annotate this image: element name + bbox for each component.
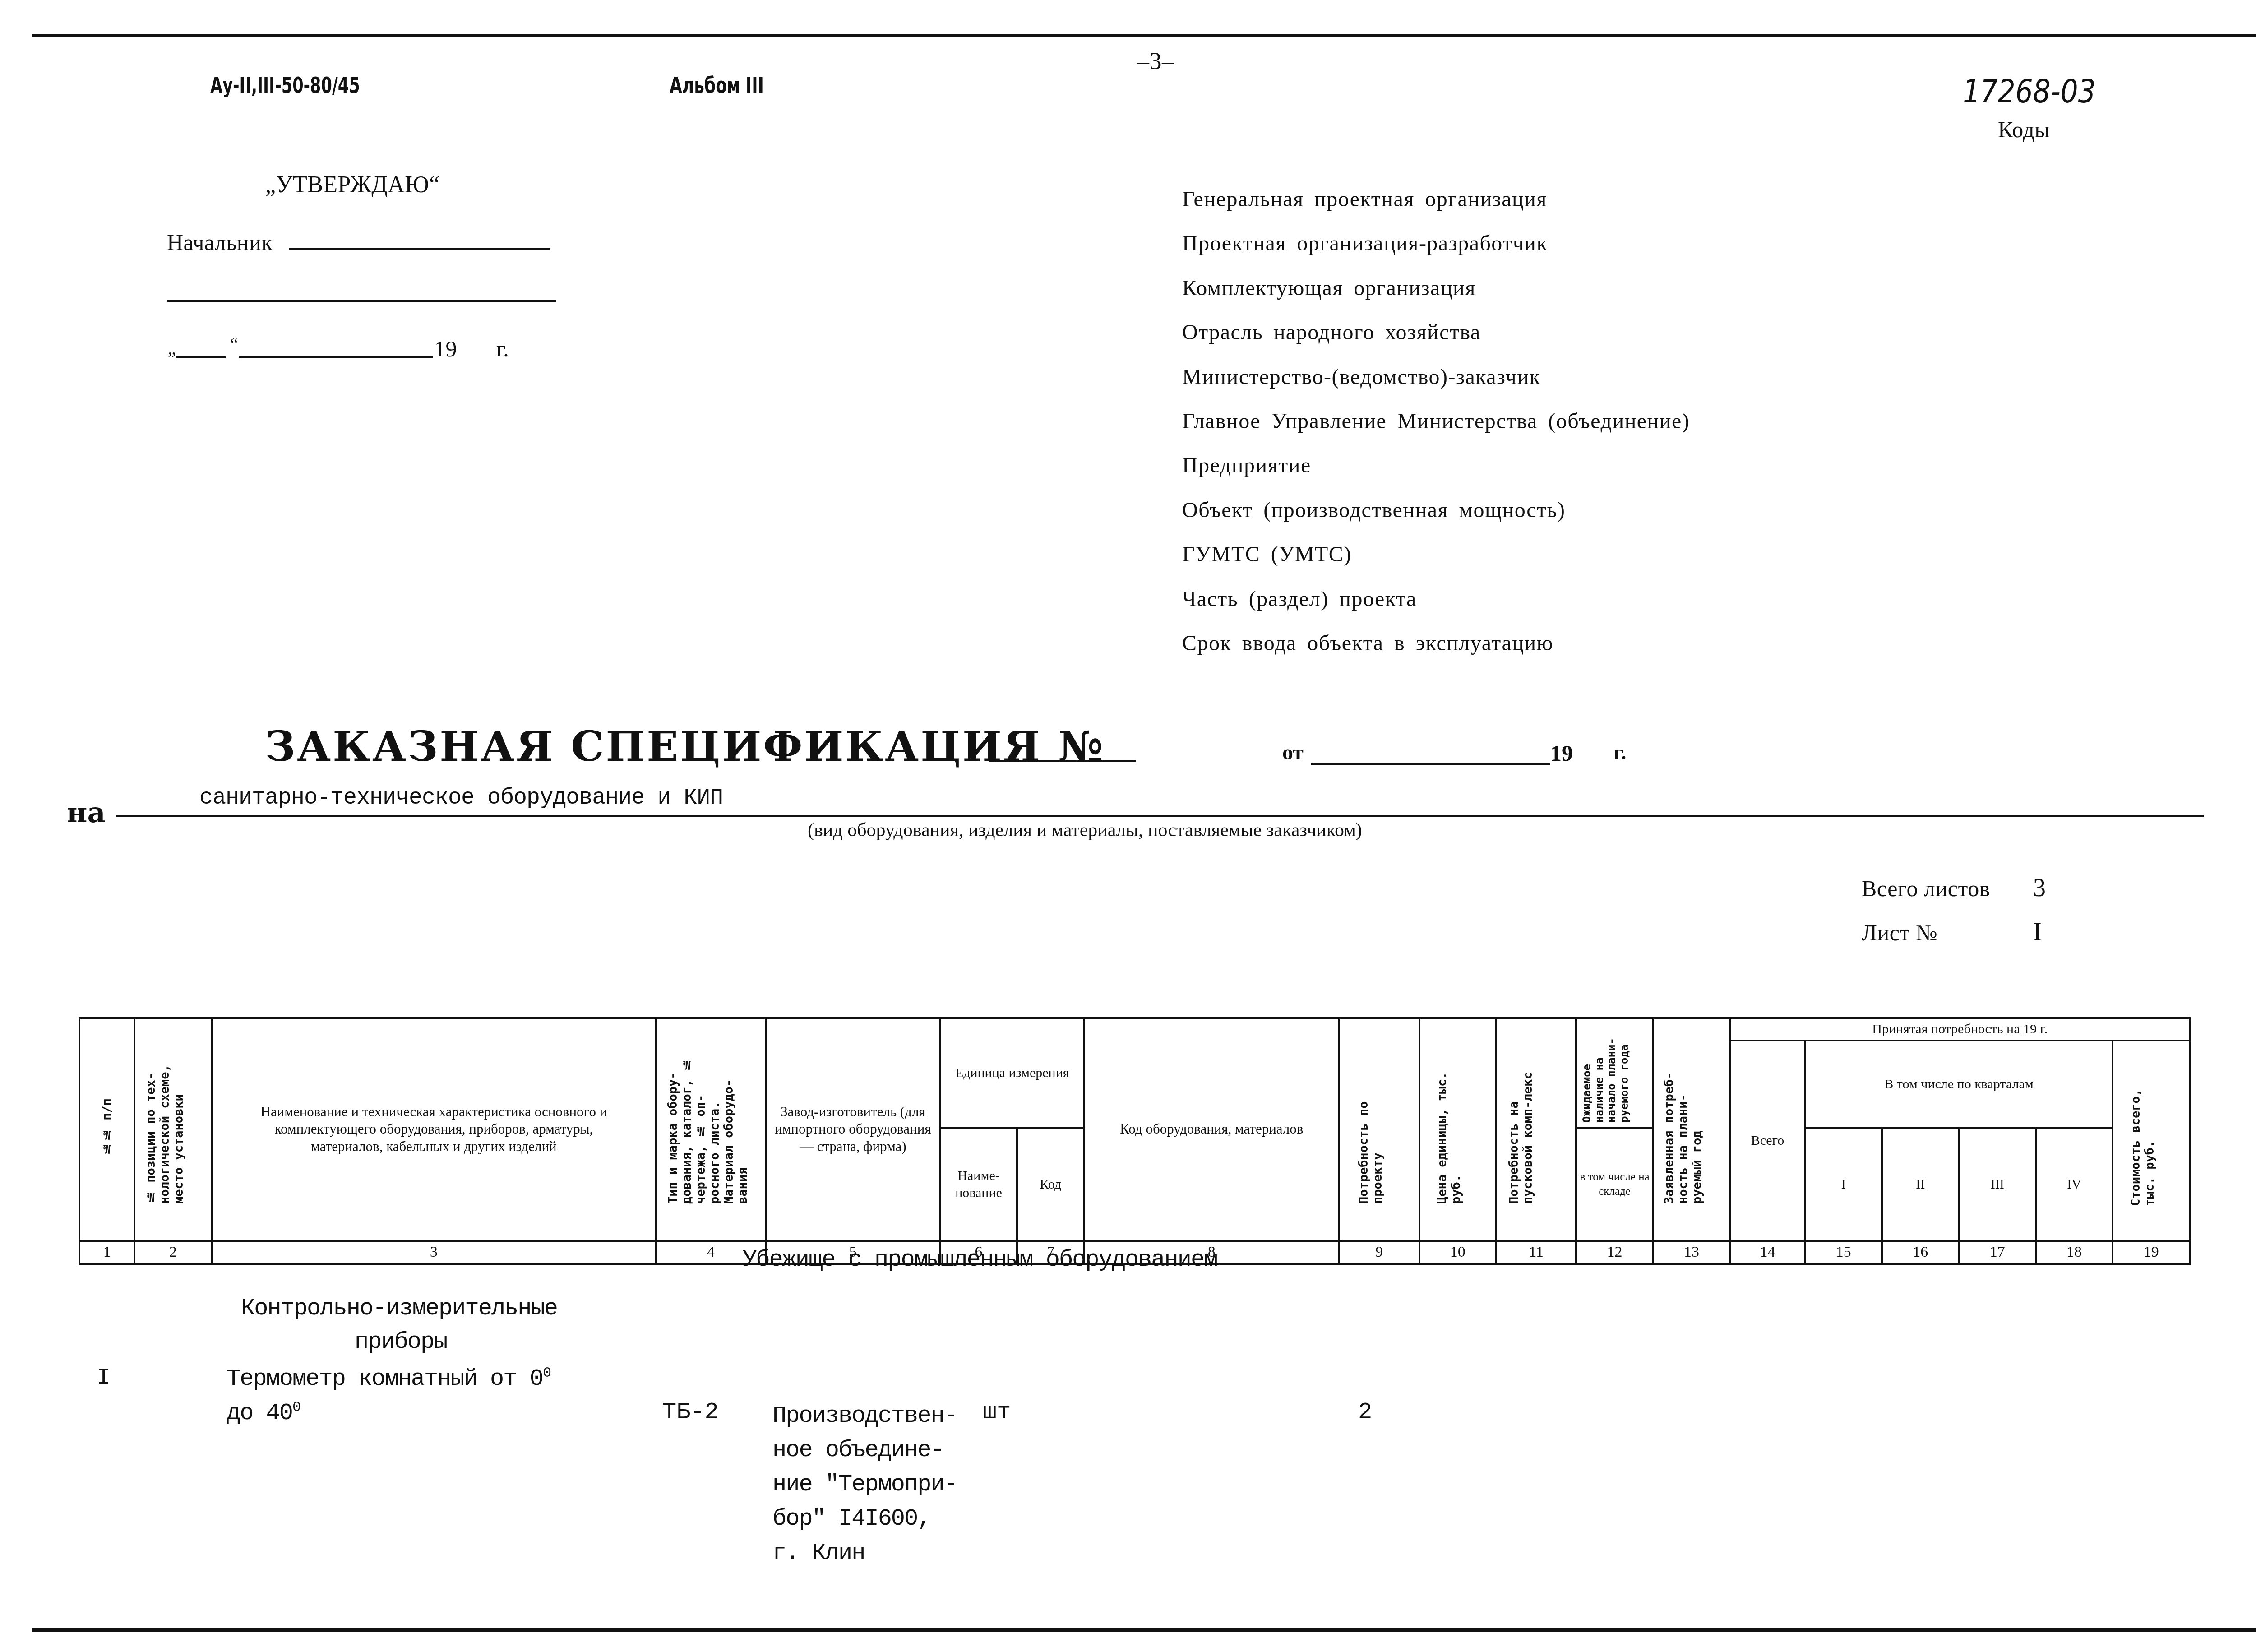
total-sheets-value: 3 <box>2033 874 2046 902</box>
col-header-type: Тип и марка обору-дования, каталог, № че… <box>656 1018 766 1241</box>
approval-year-prefix: 19 <box>434 336 457 362</box>
spec-table-header: №№ п/п № позиции по тех-нологической схе… <box>79 1017 2191 1265</box>
date-close-quote: “ <box>230 334 238 355</box>
col-number: 13 <box>1653 1241 1730 1264</box>
row-manufacturer: Производствен- ное объедине- ние "Термоп… <box>772 1399 957 1570</box>
col-number: 19 <box>2113 1241 2190 1264</box>
col-header-q2: II <box>1882 1128 1959 1241</box>
organization-fields: Генеральная проектная организация Проект… <box>1182 187 1994 683</box>
field-completing-org: Комплектующая организация <box>1182 276 1476 301</box>
col-header-q3: III <box>1959 1128 2035 1241</box>
col-number: 2 <box>134 1241 211 1264</box>
col-header-unit-price: Цена единицы, тыс. руб. <box>1419 1018 1496 1241</box>
row-position: I <box>97 1365 111 1391</box>
col-header-position: № позиции по тех-нологической схеме, мес… <box>134 1018 211 1241</box>
row-name-line2: до 400 <box>227 1399 300 1426</box>
chief-label: Начальник <box>167 229 273 255</box>
bottom-border-rule <box>32 1628 2256 1632</box>
col-header-name: Наименование и техническая характеристик… <box>212 1018 656 1241</box>
total-sheets-label: Всего листов <box>1862 875 1990 902</box>
document-code: 17268-03 <box>1963 72 2096 110</box>
col-header-project-need: Потребность по проекту <box>1339 1018 1419 1241</box>
page-number: –3– <box>1137 47 1174 75</box>
group-title-line1: Контрольно-измерительные <box>241 1295 557 1322</box>
top-border-rule <box>32 34 2256 37</box>
spec-date-prefix: от <box>1282 740 1304 765</box>
field-object: Объект (производственная мощность) <box>1182 498 1565 523</box>
col-number: 15 <box>1805 1241 1882 1264</box>
chief-name-line[interactable] <box>167 300 556 302</box>
col-header-launch-need: Потребность на пусковой комп-лекс <box>1496 1018 1576 1241</box>
field-main-directorate: Главное Управление Министерства (объедин… <box>1182 409 1690 434</box>
row-unit: шт <box>983 1399 1011 1425</box>
row-name-line1: Термометр комнатный от 00 <box>227 1365 550 1392</box>
sheet-no-value: I <box>2033 918 2042 947</box>
col-header-q4: IV <box>2036 1128 2113 1241</box>
col-number: 16 <box>1882 1241 1959 1264</box>
col-header-unit-name: Наиме-нование <box>940 1128 1017 1241</box>
col-header-in-stock: в том числе на складе <box>1576 1128 1653 1241</box>
col-number: 18 <box>2036 1241 2113 1264</box>
spec-title: ЗАКАЗНАЯ СПЕЦИФИКАЦИЯ № <box>265 722 1105 771</box>
col-header-declared-need: Заявленная потреб-ность на плани-руемый … <box>1653 1018 1730 1241</box>
spec-number: I <box>1024 727 1032 753</box>
codes-label: Коды <box>1998 116 2050 143</box>
for-label: на <box>67 796 106 829</box>
col-header-expected-stock: Ожидаемое наличие на начало плани-руемог… <box>1576 1018 1653 1128</box>
col-number: 12 <box>1576 1241 1653 1264</box>
series-code: Ау-II,III-50-80/45 <box>210 72 360 98</box>
field-general-design-org: Генеральная проектная организация <box>1182 187 1547 212</box>
col-number: 11 <box>1496 1241 1576 1264</box>
approval-year-suffix: г. <box>496 336 509 362</box>
col-number: 10 <box>1419 1241 1496 1264</box>
col-header-quarters-group: В том числе по кварталам <box>1805 1041 2113 1128</box>
col-header-row-number: №№ п/п <box>79 1018 134 1241</box>
col-number: 1 <box>79 1241 134 1264</box>
equipment-type-line <box>116 815 2204 817</box>
col-number: 14 <box>1730 1241 1805 1264</box>
date-open-quote: „ <box>168 338 176 359</box>
field-design-developer: Проектная организация-разработчик <box>1182 231 1548 256</box>
row-quantity: 2 <box>1358 1399 1372 1425</box>
col-header-unit-code: Код <box>1017 1128 1084 1241</box>
chief-signature-line[interactable] <box>289 248 550 250</box>
col-header-equipment-code: Код оборудования, материалов <box>1084 1018 1339 1241</box>
col-header-q1: I <box>1805 1128 1882 1241</box>
col-header-accepted-group: Принятая потребность на 19 г. <box>1730 1018 2190 1041</box>
col-header-cost: Стоимость всего, тыс. руб. <box>2113 1041 2190 1241</box>
date-month-line[interactable] <box>239 356 433 358</box>
spec-date-line[interactable] <box>1311 763 1550 765</box>
section-title: Убежище с промышленным оборудованием <box>743 1246 1217 1273</box>
date-day-line[interactable] <box>176 356 226 358</box>
field-gumts: ГУМТС (УМТС) <box>1182 542 1352 567</box>
spec-date-suffix: г. <box>1613 740 1626 765</box>
row-type: ТБ-2 <box>662 1399 719 1425</box>
col-header-total: Всего <box>1730 1041 1805 1241</box>
col-header-unit-group: Единица измерения <box>940 1018 1084 1128</box>
col-number: 3 <box>212 1241 656 1264</box>
field-ministry-customer: Министерство-(ведомство)-заказчик <box>1182 365 1540 389</box>
group-title-line2: приборы <box>355 1328 447 1355</box>
field-enterprise: Предприятие <box>1182 453 1311 478</box>
spec-date-year: 19 <box>1550 740 1573 766</box>
col-number: 17 <box>1959 1241 2035 1264</box>
field-project-part: Часть (раздел) проекта <box>1182 587 1417 611</box>
spec-number-line[interactable] <box>989 760 1136 762</box>
equipment-type-value[interactable]: санитарно-техническое оборудование и КИП <box>199 785 723 811</box>
col-number: 9 <box>1339 1241 1419 1264</box>
sheet-no-label: Лист № <box>1862 920 1937 946</box>
approve-label: „УТВЕРЖДАЮ“ <box>265 171 440 198</box>
album-label: Альбом III <box>670 72 764 98</box>
equipment-caption: (вид оборудования, изделия и материалы, … <box>808 819 1362 841</box>
col-header-manufacturer: Завод-изготовитель (для импортного обору… <box>766 1018 940 1241</box>
field-economy-branch: Отрасль народного хозяйства <box>1182 320 1481 345</box>
field-commissioning-date: Срок ввода объекта в эксплуатацию <box>1182 631 1553 656</box>
